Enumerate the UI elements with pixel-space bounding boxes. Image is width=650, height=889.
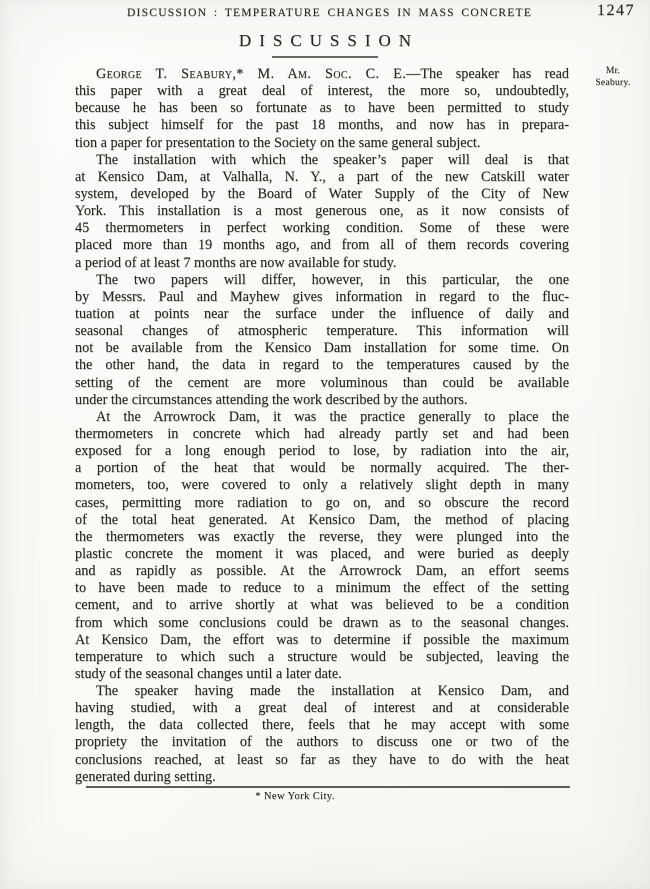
text-line: cement, and to arrive shortly at what wa… <box>75 597 569 614</box>
text-line: tion a paper for presentation to the Soc… <box>75 135 569 152</box>
text-line: this subject himself for the past 18 mon… <box>75 117 569 134</box>
text-line: York. This installation is a most genero… <box>75 203 569 220</box>
text-line: 45 thermometers in perfect working condi… <box>75 220 569 237</box>
text-line: temperature to which such a structure wo… <box>75 649 569 666</box>
text-line: At the Arrowrock Dam, it was the practic… <box>75 409 569 426</box>
text-line: generated during setting. <box>75 769 569 786</box>
text-line: propriety the invitation of the authors … <box>75 734 569 751</box>
text-line: setting of the cement are more voluminou… <box>75 375 569 392</box>
paragraph: At the Arrowrock Dam, it was the practic… <box>75 409 569 683</box>
text-line: conclusions reached, at least so far as … <box>75 752 569 769</box>
text-line: the other hand, the data in regard to th… <box>75 357 569 374</box>
text-line: The two papers will differ, however, in … <box>75 272 569 289</box>
page-number: 1247 <box>597 2 635 20</box>
text-line: thermometers in concrete which had alrea… <box>75 426 569 443</box>
text-line: tuation at points near the surface under… <box>75 306 569 323</box>
text-line: the thermometers was exactly the reverse… <box>75 529 569 546</box>
text-line: and as rapidly as possible. At the Arrow… <box>75 563 569 580</box>
paragraph: The speaker having made the installation… <box>75 683 569 786</box>
text-line: under the circumstances attending the wo… <box>75 392 569 409</box>
text-line: having studied, with a great deal of int… <box>75 700 569 717</box>
text-line: of the total heat generated. At Kensico … <box>75 512 569 529</box>
margin-note-line: Mr. <box>584 66 642 78</box>
scanned-book-page: DISCUSSION : TEMPERATURE CHANGES IN MASS… <box>0 0 650 889</box>
text-line: cases, permitting more radiation to go o… <box>75 495 569 512</box>
text-line: at Kensico Dam, at Valhalla, N. Y., a pa… <box>75 169 569 186</box>
body-text: George T. Seabury,* M. Am. Soc. C. E.—Th… <box>75 66 569 786</box>
text-line: not be available from the Kensico Dam in… <box>75 340 569 357</box>
paragraph: George T. Seabury,* M. Am. Soc. C. E.—Th… <box>75 66 569 152</box>
speaker-name: George T. Seabury,* M. Am. Soc. C. E. <box>96 66 406 82</box>
text-line: The installation with which the speaker’… <box>75 152 569 169</box>
text-line: length, the data collected there, feels … <box>75 717 569 734</box>
footnote: * New York City. <box>75 791 515 802</box>
footnote-rule <box>86 786 570 788</box>
text-line: this paper with a great deal of interest… <box>75 83 569 100</box>
text-line: exposed for a long enough period to lose… <box>75 443 569 460</box>
text-line: a portion of the heat that would be norm… <box>75 460 569 477</box>
text-line: a period of at least 7 months are now av… <box>75 255 569 272</box>
text-line: to have been made to reduce to a minimum… <box>75 580 569 597</box>
margin-note: Mr. Seabury. <box>584 66 642 89</box>
text-line: seasonal changes of atmospheric temperat… <box>75 323 569 340</box>
text-line: The speaker having made the installation… <box>75 683 569 700</box>
title-rule <box>272 56 378 58</box>
text-line: because he has been so fortunate as to h… <box>75 100 569 117</box>
text-line: At Kensico Dam, the effort was to determ… <box>75 632 569 649</box>
running-head: DISCUSSION : TEMPERATURE CHANGES IN MASS… <box>127 7 532 19</box>
section-title: DISCUSSION <box>0 31 650 51</box>
paragraph: The two papers will differ, however, in … <box>75 272 569 409</box>
text-line: study of the seasonal changes until a la… <box>75 666 569 683</box>
text-line: George T. Seabury,* M. Am. Soc. C. E.—Th… <box>75 66 569 83</box>
text-line: system, developed by the Board of Water … <box>75 186 569 203</box>
paragraph: The installation with which the speaker’… <box>75 152 569 272</box>
text-line: from which some conclusions could be dra… <box>75 615 569 632</box>
margin-note-line: Seabury. <box>584 78 642 90</box>
text-line: placed more than 19 months ago, and from… <box>75 237 569 254</box>
text-line: mometers, too, were covered to only a re… <box>75 477 569 494</box>
text-line: plastic concrete the moment it was place… <box>75 546 569 563</box>
text-line: by Messrs. Paul and Mayhew gives informa… <box>75 289 569 306</box>
